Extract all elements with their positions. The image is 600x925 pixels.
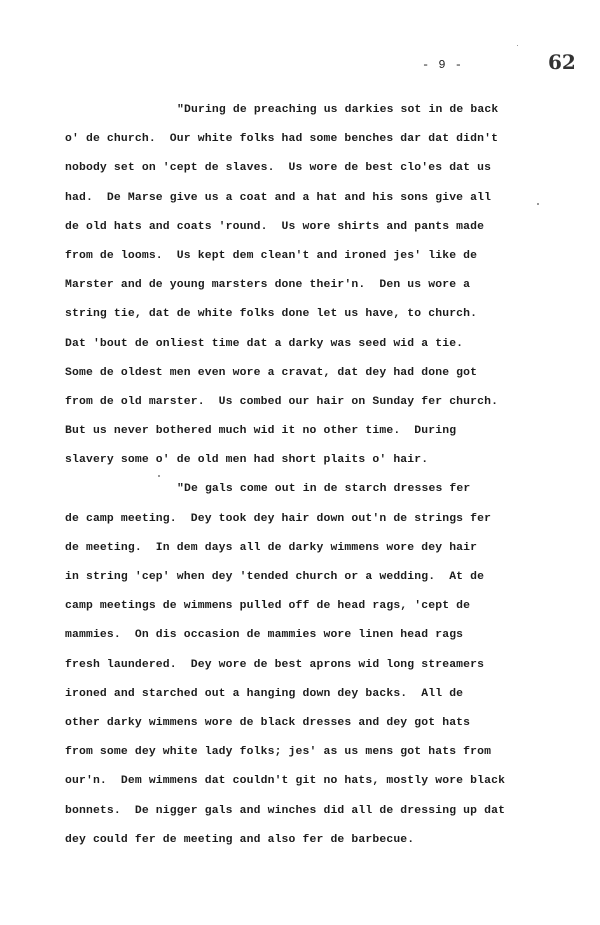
text-line: from de old marster. Us combed our hair … [65,388,535,417]
text-line: nobody set on 'cept de slaves. Us wore d… [65,154,535,183]
text-line: camp meetings de wimmens pulled off de h… [65,592,535,621]
page-header: - 9 - 62 [0,50,600,80]
text-line: "During de preaching us darkies sot in d… [65,96,535,125]
scan-speck [517,45,518,46]
scan-speck [158,475,160,477]
text-line: other darky wimmens wore de black dresse… [65,709,535,738]
document-body: "During de preaching us darkies sot in d… [65,96,535,855]
text-line: de old hats and coats 'round. Us wore sh… [65,213,535,242]
text-line: in string 'cep' when dey 'tended church … [65,563,535,592]
scan-speck [537,203,539,205]
text-line: had. De Marse give us a coat and a hat a… [65,184,535,213]
text-line: de camp meeting. Dey took dey hair down … [65,505,535,534]
text-line: Marster and de young marsters done their… [65,271,535,300]
page-marker: - 9 - [422,58,463,72]
text-line: dey could fer de meeting and also fer de… [65,826,535,855]
text-line: fresh laundered. Dey wore de best aprons… [65,651,535,680]
text-line: mammies. On dis occasion de mammies wore… [65,621,535,650]
folio-number: 62 [548,50,576,74]
text-line: Some de oldest men even wore a cravat, d… [65,359,535,388]
text-line: ironed and starched out a hanging down d… [65,680,535,709]
text-line: our'n. Dem wimmens dat couldn't git no h… [65,767,535,796]
text-line: "De gals come out in de starch dresses f… [65,475,535,504]
text-line: de meeting. In dem days all de darky wim… [65,534,535,563]
text-line: Dat 'bout de onliest time dat a darky wa… [65,330,535,359]
text-line: bonnets. De nigger gals and winches did … [65,797,535,826]
text-line: from de looms. Us kept dem clean't and i… [65,242,535,271]
text-line: But us never bothered much wid it no oth… [65,417,535,446]
paragraph-2: "De gals come out in de starch dresses f… [65,475,535,854]
text-line: string tie, dat de white folks done let … [65,300,535,329]
paragraph-1: "During de preaching us darkies sot in d… [65,96,535,475]
text-line: from some dey white lady folks; jes' as … [65,738,535,767]
text-line: o' de church. Our white folks had some b… [65,125,535,154]
text-line: slavery some o' de old men had short pla… [65,446,535,475]
